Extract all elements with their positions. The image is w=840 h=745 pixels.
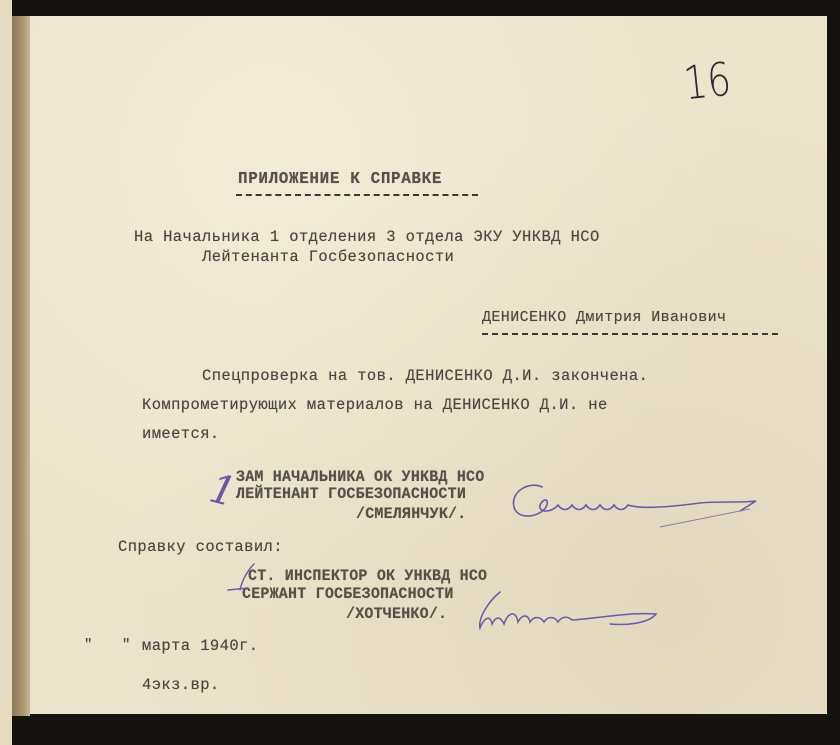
signatory-1-rank: ЛЕЙТЕНАНТ ГОСБЕЗОПАСНОСТИ [236,486,466,504]
date-quote-close: " [122,637,131,653]
signatory-1-position: ЗАМ НАЧАЛЬНИКА ОК УНКВД НСО [236,469,484,487]
binding-shadow [12,16,30,716]
addressee-line-2: Лейтенанта Госбезопасности [202,248,454,266]
copies-note: 4экз.вр. [142,676,220,694]
handwritten-mark-1: 1 [205,466,241,517]
date-text: марта 1940г. [142,637,258,655]
folio-number: 16 [681,52,733,111]
date-quote-open: " [84,637,93,653]
title-underline [236,194,478,196]
document-title: ПРИЛОЖЕНИЕ К СПРАВКЕ [238,170,442,189]
body-line-1: Спецпроверка на тов. ДЕНИСЕНКО Д.И. зако… [202,367,648,385]
compiler-position: СТ. ИНСПЕКТОР ОК УНКВД НСО [248,568,487,586]
addressee-name: ДЕНИСЕНКО Дмитрия Иванович [482,309,726,326]
signatory-1-name: /СМЕЛЯНЧУК/. [356,506,466,524]
signature-khotchenko-icon [470,588,670,638]
compiler-rank: СЕРЖАНТ ГОСБЕЗОПАСНОСТИ [242,586,454,604]
body-line-2: Компрометирующих материалов на ДЕНИСЕНКО… [142,396,608,414]
correction-mark-icon [226,560,266,600]
addressee-line-1: На Начальника 1 отделения 3 отдела ЭКУ У… [134,228,600,246]
binding-strip [0,0,12,745]
document-page: 16 ПРИЛОЖЕНИЕ К СПРАВКЕ На Начальника 1 … [30,16,827,714]
signature-smelyanchuk-icon [500,481,770,531]
compiled-by-label: Справку составил: [118,538,283,556]
compiler-name: /ХОТЧЕНКО/. [346,606,447,624]
body-line-3: имеется. [142,425,220,443]
name-underline [482,333,778,335]
